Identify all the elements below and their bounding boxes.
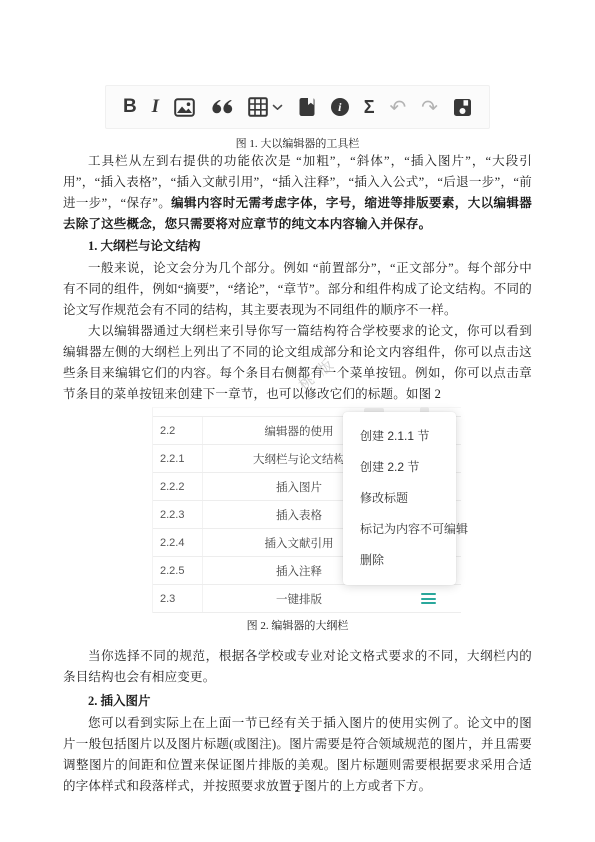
save-icon [453,98,472,117]
page-content: B I [63,0,532,797]
menu-item-create-section: 创建 2.2 节 [343,452,456,483]
paragraph-outline-guide: 大以编辑器通过大纲栏来引导你写一篇结构符合学校要求的论文，你可以看到编辑器左侧的… [63,321,532,405]
outline-panel-figure: 桃版 2.2 编辑器的使用 2.2.1 大纲栏与论文结构 2.2.2 插入图片 [63,407,532,613]
insert-image-icon [174,98,195,117]
menu-item-mark-uneditable: 标记为内容不可编辑 [343,514,456,545]
menu-item-rename: 修改标题 [343,483,456,514]
heading-outline-structure: 1. 大纲栏与论文结构 [63,236,532,257]
insert-note-icon: i [331,98,349,116]
outline-row-number: 2.2.5 [153,557,203,584]
redo-icon: ↷ [421,97,438,117]
format-list-icon [421,591,436,607]
insert-citation-icon [298,97,316,117]
undo-icon: ↶ [389,97,406,117]
document-page: B I [0,0,595,842]
figure1-caption: 图 1. 大以编辑器的工具栏 [63,135,532,151]
editor-toolbar-figure: B I [105,85,490,129]
chevron-down-icon [272,104,283,111]
outline-row-label: 一键排版 [203,585,395,612]
insert-table-icon [248,97,268,117]
outline-row-number: 2.2.4 [153,529,203,556]
figure2-caption: 图 2. 编辑器的大纲栏 [63,617,532,633]
outline-row-number: 2.3 [153,585,203,612]
paragraph-toolbar-functions: 工具栏从左到右提供的功能依次是 “加粗”，“斜体”，“插入图片”，“大段引用”，… [63,151,532,235]
outline-row-number: 2.2.2 [153,473,203,500]
bold-icon: B [123,96,137,118]
italic-icon: I [152,96,159,118]
paragraph-spec-variation: 当你选择不同的规范，根据各学校或专业对论文格式要求的不同，大纲栏内的条目结构也会… [63,646,532,688]
outline-row-number: 2.2.1 [153,445,203,472]
outline-row-number: 2.2 [153,417,203,444]
page-number: 2 [0,783,595,795]
paragraph-thesis-parts: 一般来说，论文会分为几个部分。例如 “前置部分”，“正文部分”。每个部分中有不同… [63,258,532,321]
insert-table-group [248,97,283,117]
blockquote-icon [210,99,233,115]
outline-row: 2.3 一键排版 [153,585,461,613]
outline-row-number: 2.2.3 [153,501,203,528]
menu-item-delete: 删除 [343,545,456,576]
heading-insert-image: 2. 插入图片 [63,691,532,712]
menu-item-create-subsection: 创建 2.1.1 节 [343,421,456,452]
section-context-menu: 创建 2.1.1 节 创建 2.2 节 修改标题 标记为内容不可编辑 删除 [343,412,456,585]
insert-formula-icon: Σ [364,97,375,118]
